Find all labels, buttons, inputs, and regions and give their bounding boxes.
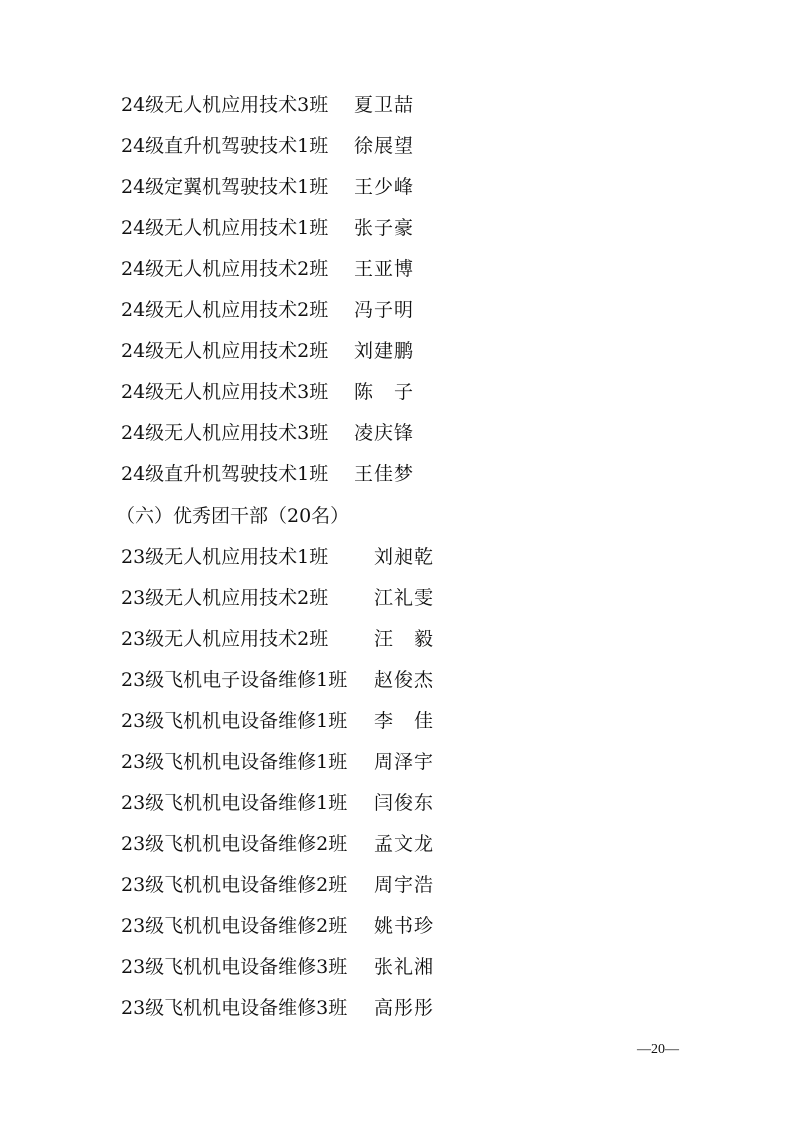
class-label: 24级定翼机驾驶技术1班 (121, 174, 354, 200)
list-item: 23级飞机机电设备维修2班周宇浩 (121, 872, 434, 898)
list-item: 23级飞机机电设备维修3班张礼湘 (121, 954, 434, 980)
list-item: 23级无人机应用技术2班汪 毅 (121, 626, 434, 652)
class-label: 23级飞机机电设备维修3班 (121, 995, 374, 1021)
list-item: 24级直升机驾驶技术1班徐展望 (121, 133, 414, 159)
student-name: 夏卫喆 (354, 92, 414, 118)
list-item: 23级无人机应用技术2班江礼雯 (121, 585, 434, 611)
class-label: 24级无人机应用技术2班 (121, 297, 354, 323)
student-name: 刘昶乾 (374, 544, 434, 570)
list-item: 23级飞机机电设备维修1班闫俊东 (121, 790, 434, 816)
list-item: 24级无人机应用技术3班夏卫喆 (121, 92, 414, 118)
list-item: 24级无人机应用技术2班王亚博 (121, 256, 414, 282)
class-label: 24级无人机应用技术2班 (121, 256, 354, 282)
class-label: 24级无人机应用技术3班 (121, 420, 354, 446)
class-label: 23级飞机电子设备维修1班 (121, 667, 374, 693)
student-name: 徐展望 (354, 133, 414, 159)
class-label: 23级飞机机电设备维修1班 (121, 749, 374, 775)
student-name: 李 佳 (374, 708, 434, 734)
student-name: 汪 毅 (374, 626, 434, 652)
student-name: 张礼湘 (374, 954, 434, 980)
class-label: 23级无人机应用技术2班 (121, 626, 374, 652)
list-item: 23级飞机机电设备维修1班李 佳 (121, 708, 434, 734)
student-name: 周泽宇 (374, 749, 434, 775)
student-name: 陈 子 (354, 379, 414, 405)
class-label: 23级无人机应用技术1班 (121, 544, 374, 570)
list-item: 24级定翼机驾驶技术1班王少峰 (121, 174, 414, 200)
student-name: 冯子明 (354, 297, 414, 323)
list-item: 23级无人机应用技术1班刘昶乾 (121, 544, 434, 570)
class-label: 24级无人机应用技术3班 (121, 379, 354, 405)
student-name: 孟文龙 (374, 831, 434, 857)
student-name: 凌庆锋 (354, 420, 414, 446)
list-item: 24级无人机应用技术3班凌庆锋 (121, 420, 414, 446)
list-item: 23级飞机电子设备维修1班赵俊杰 (121, 667, 434, 693)
class-label: 23级飞机机电设备维修1班 (121, 790, 374, 816)
list-item: 24级直升机驾驶技术1班王佳梦 (121, 461, 414, 487)
list-item: 24级无人机应用技术3班陈 子 (121, 379, 414, 405)
list-item: 24级无人机应用技术1班张子豪 (121, 215, 414, 241)
student-name: 赵俊杰 (374, 667, 434, 693)
class-label: 23级飞机机电设备维修2班 (121, 872, 374, 898)
class-label: 24级无人机应用技术1班 (121, 215, 354, 241)
page-number: —20— (637, 1041, 679, 1059)
class-label: 23级无人机应用技术2班 (121, 585, 374, 611)
student-name: 王亚博 (354, 256, 414, 282)
class-label: 23级飞机机电设备维修1班 (121, 708, 374, 734)
list-item: 24级无人机应用技术2班刘建鹏 (121, 338, 414, 364)
class-label: 23级飞机机电设备维修2班 (121, 913, 374, 939)
class-label: 24级直升机驾驶技术1班 (121, 133, 354, 159)
class-label: 24级直升机驾驶技术1班 (121, 461, 354, 487)
student-name: 王佳梦 (354, 461, 414, 487)
list-item: 23级飞机机电设备维修2班姚书珍 (121, 913, 434, 939)
list-item: 23级飞机机电设备维修2班孟文龙 (121, 831, 434, 857)
section-heading: （六）优秀团干部（20名） (116, 503, 349, 529)
student-name: 周宇浩 (374, 872, 434, 898)
class-label: 23级飞机机电设备维修2班 (121, 831, 374, 857)
list-item: 23级飞机机电设备维修3班高彤彤 (121, 995, 434, 1021)
list-item: 23级飞机机电设备维修1班周泽宇 (121, 749, 434, 775)
document-page: 24级无人机应用技术3班夏卫喆 24级直升机驾驶技术1班徐展望 24级定翼机驾驶… (0, 0, 793, 1122)
student-name: 闫俊东 (374, 790, 434, 816)
list-item: 24级无人机应用技术2班冯子明 (121, 297, 414, 323)
student-name: 姚书珍 (374, 913, 434, 939)
student-name: 高彤彤 (374, 995, 434, 1021)
class-label: 23级飞机机电设备维修3班 (121, 954, 374, 980)
class-label: 24级无人机应用技术2班 (121, 338, 354, 364)
student-name: 王少峰 (354, 174, 414, 200)
student-name: 张子豪 (354, 215, 414, 241)
class-label: 24级无人机应用技术3班 (121, 92, 354, 118)
student-name: 江礼雯 (374, 585, 434, 611)
student-name: 刘建鹏 (354, 338, 414, 364)
